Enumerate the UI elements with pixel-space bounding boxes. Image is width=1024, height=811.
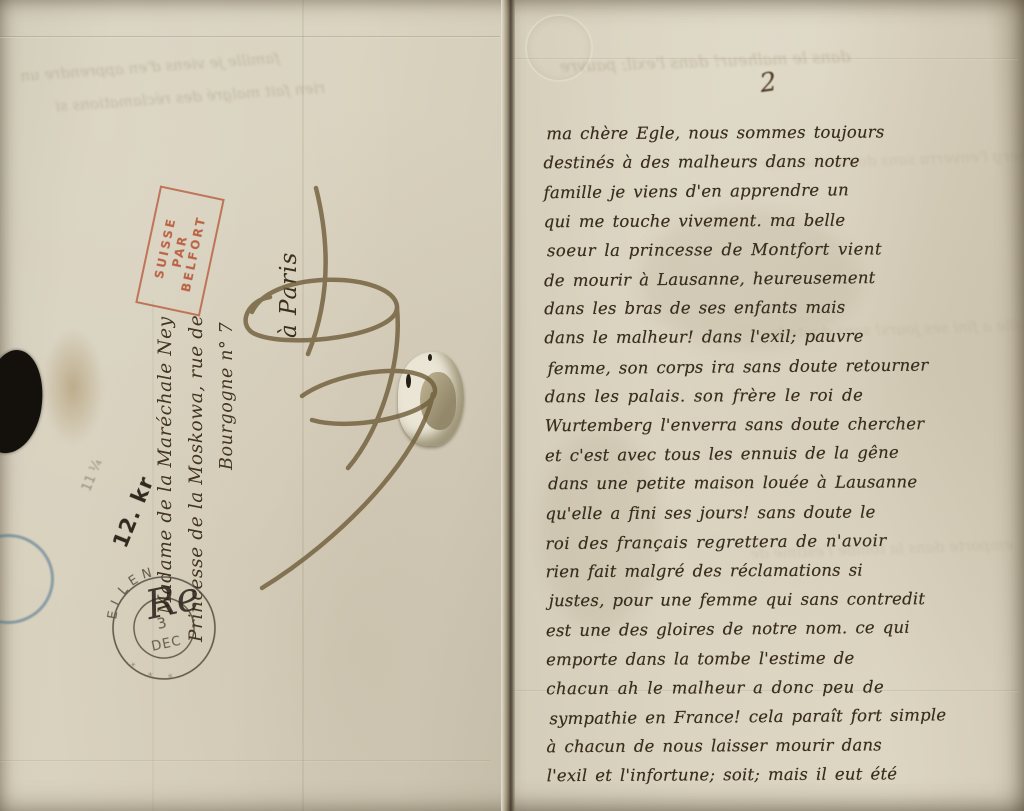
letter-line: femme, son corps ira sans doute retourne… — [547, 349, 1010, 383]
letter-body: ma chère Egle, nous sommes toujoursdesti… — [543, 117, 1013, 791]
circular-datestamp: ELLEN * * * 3 DEC — [79, 543, 250, 714]
svg-text:* * *: * * * — [125, 652, 182, 693]
letter-line: dans le malheur! dans l'exil; pauvre — [544, 321, 1010, 353]
page-seam — [501, 0, 515, 811]
letter-line: qui me touche vivement. ma belle — [544, 204, 1010, 236]
letter-line: sympathie en France! cela paraît fort si… — [549, 700, 1012, 734]
datestamp-ornament-arc: * * * — [125, 652, 182, 693]
datestamp-month: DEC — [150, 634, 183, 655]
letter-line: justes, pour une femme qui sans contredi… — [549, 584, 1012, 616]
letter-scan: famille je viens d'en apprendre un rien … — [0, 0, 1024, 811]
letter-line: dans une petite maison louée à Lausanne — [548, 467, 1011, 499]
address-leaf: famille je viens d'en apprendre un rien … — [0, 0, 513, 811]
letter-line: famille je viens d'en apprendre un — [543, 174, 1009, 208]
letter-line: qu'elle a fini ses jours! sans doute le — [545, 496, 1011, 528]
letter-line: rien fait malgré des réclamations si — [546, 555, 1012, 587]
page-number: 2 — [758, 67, 779, 99]
letter-line: l'exil et l'infortune; soit; mais il eut… — [547, 759, 1013, 791]
letter-line: est une des gloires de notre nom. ce qui — [546, 612, 1012, 646]
letter-line: emporte dans la tombe l'estime de — [546, 642, 1012, 674]
letter-line: soeur la princesse de Montfort vient — [547, 234, 1010, 266]
letter-line: destinés à des malheurs dans notre — [543, 146, 1009, 178]
letter-line: dans les bras de ses enfants mais — [544, 292, 1010, 324]
letter-line: Wurtemberg l'enverra sans doute chercher — [545, 409, 1011, 441]
letter-line: et c'est avec tous les ennuis de la gêne — [545, 437, 1011, 471]
letter-line: roi des français regrettera de n'avoir — [545, 525, 1011, 559]
letter-line: dans les palais. son frère le roi de — [545, 380, 1011, 412]
letter-line: chacun ah le malheur a donc peu de — [546, 672, 1012, 704]
manuscript-flourishes — [0, 0, 513, 811]
letter-line: à chacun de nous laisser mourir dans — [546, 730, 1012, 762]
letter-line: ma chère Egle, nous sommes toujours — [546, 117, 1009, 149]
letter-line: de mourir à Lausanne, heureusement — [544, 262, 1010, 296]
